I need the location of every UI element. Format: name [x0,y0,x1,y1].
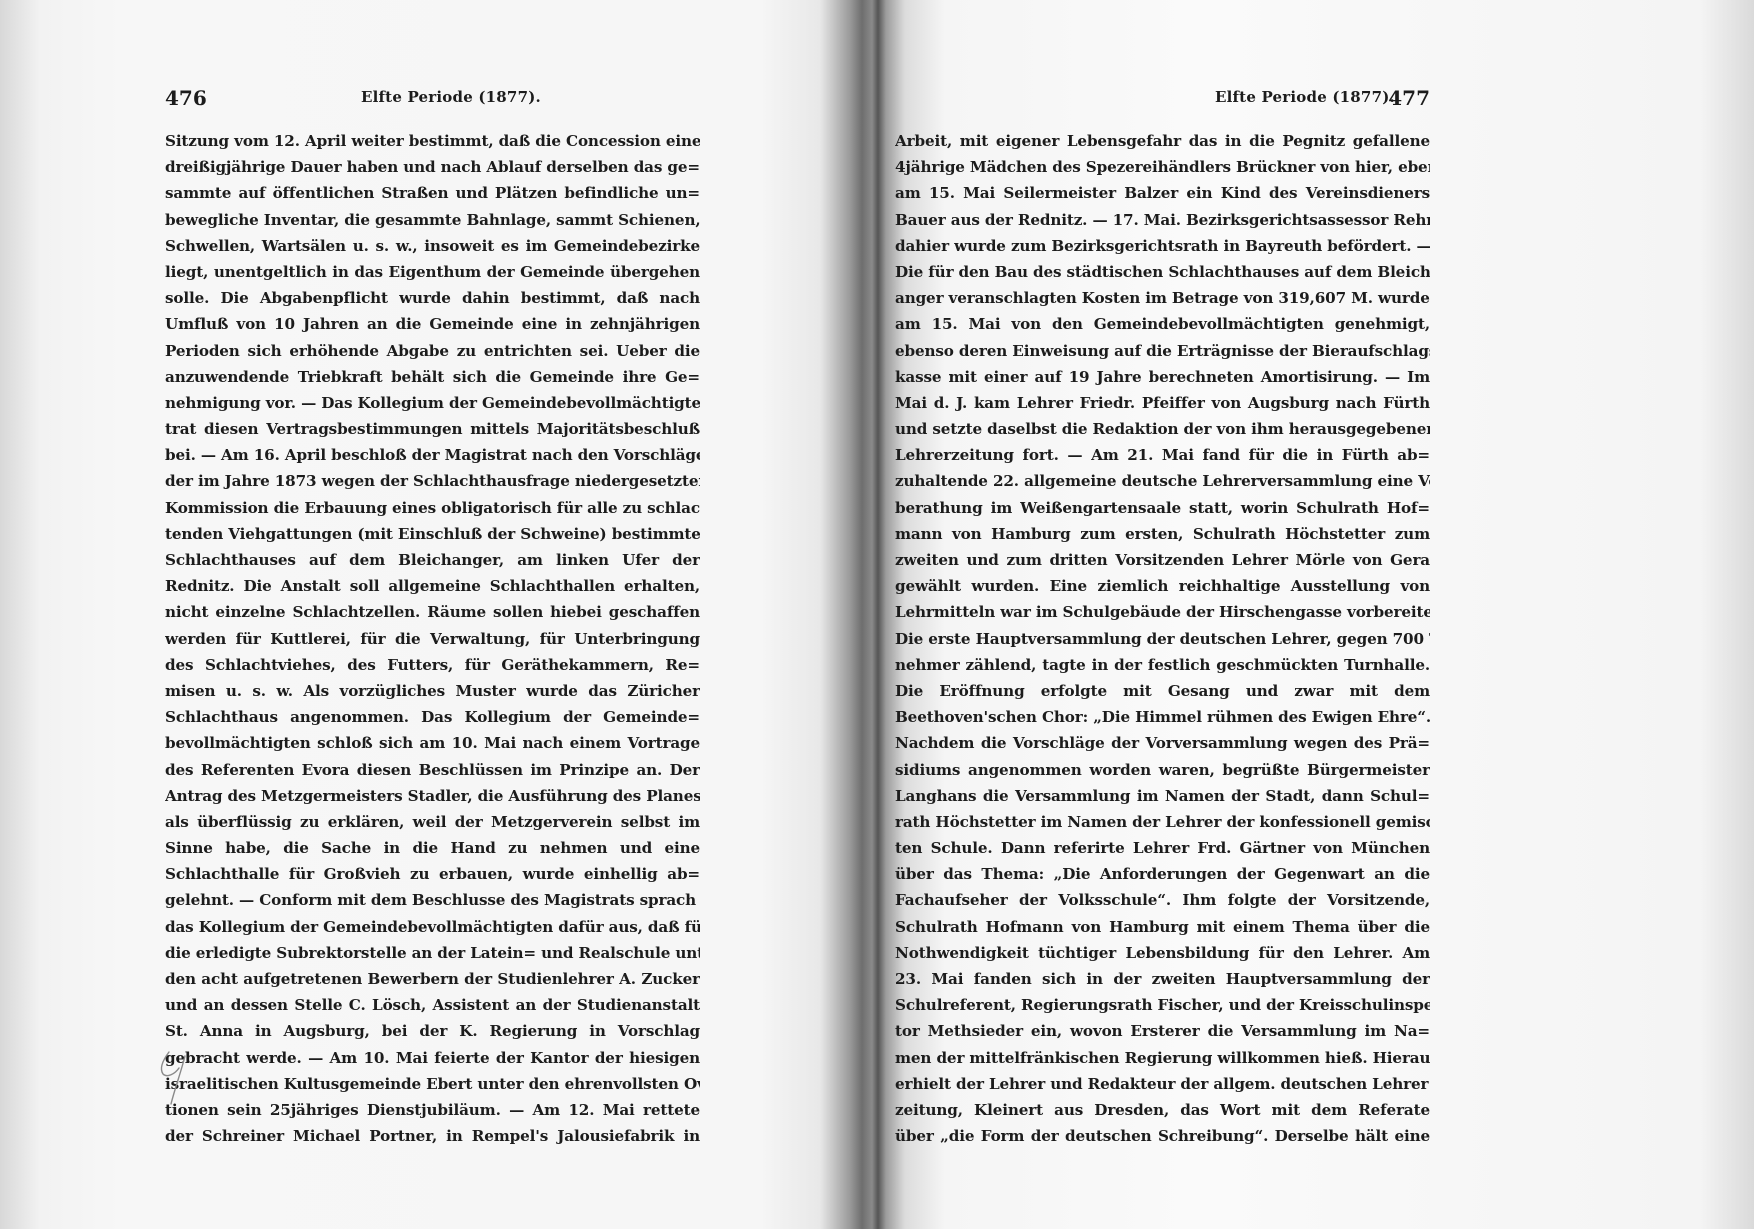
running-head-right: Elfte Periode (1877). 477 [895,86,1430,114]
text-line: die erledigte Subrektorstelle an der Lat… [165,940,700,966]
text-line: liegt, unentgeltlich in das Eigenthum de… [165,259,700,285]
text-line: Perioden sich erhöhende Abgabe zu entric… [165,338,700,364]
text-line: der Schreiner Michael Portner, in Rempel… [165,1123,700,1149]
running-head-left: 476 Elfte Periode (1877). [165,86,700,114]
text-line: zeitung, Kleinert aus Dresden, das Wort … [895,1097,1430,1123]
text-line: bevollmächtigten schloß sich am 10. Mai … [165,730,700,756]
text-line: Die Eröffnung erfolgte mit Gesang und zw… [895,678,1430,704]
text-line: kasse mit einer auf 19 Jahre berechneten… [895,364,1430,390]
running-title-left: Elfte Periode (1877). [361,88,541,106]
text-line: über „die Form der deutschen Schreibung“… [895,1123,1430,1149]
text-line: anzuwendende Triebkraft behält sich die … [165,364,700,390]
text-line: trat diesen Vertragsbestimmungen mittels… [165,416,700,442]
text-line: Antrag des Metzgermeisters Stadler, die … [165,783,700,809]
text-line: des Referenten Evora diesen Beschlüssen … [165,757,700,783]
text-line: nehmigung vor. — Das Kollegium der Gemei… [165,390,700,416]
text-line: St. Anna in Augsburg, bei der K. Regieru… [165,1018,700,1044]
text-line: Umfluß von 10 Jahren an die Gemeinde ein… [165,311,700,337]
pencil-margin-mark-icon [155,1048,195,1108]
text-line: den acht aufgetretenen Bewerbern der Stu… [165,966,700,992]
text-line: dahier wurde zum Bezirksgerichtsrath in … [895,233,1430,259]
text-line: bei. — Am 16. April beschloß der Magistr… [165,442,700,468]
text-line: erhielt der Lehrer und Redakteur der all… [895,1071,1430,1097]
text-line: 4jährige Mädchen des Spezereihändlers Br… [895,154,1430,180]
text-line: am 15. Mai Seilermeister Balzer ein Kind… [895,180,1430,206]
text-line: 23. Mai fanden sich in der zweiten Haupt… [895,966,1430,992]
text-line: bewegliche Inventar, die gesammte Bahnla… [165,207,700,233]
right-page-text: Arbeit, mit eigener Lebensgefahr das in … [895,128,1430,1149]
text-line: berathung im Weißengartensaale statt, wo… [895,495,1430,521]
page-number-left: 476 [165,86,207,110]
text-line: ten Schule. Dann referirte Lehrer Frd. G… [895,835,1430,861]
text-line: gebracht werde. — Am 10. Mai feierte der… [165,1045,700,1071]
text-line: dreißigjährige Dauer haben und nach Abla… [165,154,700,180]
text-line: Schulreferent, Regierungsrath Fischer, u… [895,992,1430,1018]
text-line: sammte auf öffentlichen Straßen und Plät… [165,180,700,206]
text-line: nehmer zählend, tagte in der festlich ge… [895,652,1430,678]
text-line: des Schlachtviehes, des Futters, für Ger… [165,652,700,678]
text-line: über das Thema: „Die Anforderungen der G… [895,861,1430,887]
text-line: als überflüssig zu erklären, weil der Me… [165,809,700,835]
text-line: zweiten und zum dritten Vorsitzenden Leh… [895,547,1430,573]
text-line: Nothwendigkeit tüchtiger Lebensbildung f… [895,940,1430,966]
text-line: Arbeit, mit eigener Lebensgefahr das in … [895,128,1430,154]
text-line: Schlachthaus angenommen. Das Kollegium d… [165,704,700,730]
text-line: und an dessen Stelle C. Lösch, Assistent… [165,992,700,1018]
text-line: Lehrmitteln war im Schulgebäude der Hirs… [895,599,1430,625]
text-line: Nachdem die Vorschläge der Vorversammlun… [895,730,1430,756]
text-line: rath Höchstetter im Namen der Lehrer der… [895,809,1430,835]
text-line: zuhaltende 22. allgemeine deutsche Lehre… [895,468,1430,494]
text-line: Schwellen, Wartsälen u. s. w., insoweit … [165,233,700,259]
text-line: tionen sein 25jähriges Dienstjubiläum. —… [165,1097,700,1123]
text-line: und setzte daselbst die Redaktion der vo… [895,416,1430,442]
text-line: am 15. Mai von den Gemeindebevollmächtig… [895,311,1430,337]
text-line: ebenso deren Einweisung auf die Erträgni… [895,338,1430,364]
text-line: Die für den Bau des städtischen Schlacht… [895,259,1430,285]
text-line: sidiums angenommen worden waren, begrüßt… [895,757,1430,783]
text-line: mann von Hamburg zum ersten, Schulrath H… [895,521,1430,547]
text-line: Bauer aus der Rednitz. — 17. Mai. Bezirk… [895,207,1430,233]
text-line: misen u. s. w. Als vorzügliches Muster w… [165,678,700,704]
text-line: Schlachthalle für Großvieh zu erbauen, w… [165,861,700,887]
text-line: men der mittelfränkischen Regierung will… [895,1045,1430,1071]
text-line: gelehnt. — Conform mit dem Beschlusse de… [165,887,700,913]
left-page-text: Sitzung vom 12. April weiter bestimmt, d… [165,128,700,1149]
text-line: Schulrath Hofmann von Hamburg mit einem … [895,914,1430,940]
text-line: Sitzung vom 12. April weiter bestimmt, d… [165,128,700,154]
text-line: das Kollegium der Gemeindebevollmächtigt… [165,914,700,940]
text-line: Mai d. J. kam Lehrer Friedr. Pfeiffer vo… [895,390,1430,416]
text-line: tenden Viehgattungen (mit Einschluß der … [165,521,700,547]
text-line: Beethoven'schen Chor: „Die Himmel rühmen… [895,704,1430,730]
text-line: tor Methsieder ein, wovon Ersterer die V… [895,1018,1430,1044]
text-line: gewählt wurden. Eine ziemlich reichhalti… [895,573,1430,599]
page-number-right: 477 [1388,86,1430,110]
text-line: werden für Kuttlerei, für die Verwaltung… [165,626,700,652]
text-line: nicht einzelne Schlachtzellen. Räume sol… [165,599,700,625]
right-page: Elfte Periode (1877). 477 Arbeit, mit ei… [895,0,1430,1229]
text-line: israelitischen Kultusgemeinde Ebert unte… [165,1071,700,1097]
text-line: der im Jahre 1873 wegen der Schlachthaus… [165,468,700,494]
text-line: Schlachthauses auf dem Bleichanger, am l… [165,547,700,573]
text-line: Kommission die Erbauung eines obligatori… [165,495,700,521]
text-line: Die erste Hauptversammlung der deutschen… [895,626,1430,652]
text-line: Fachaufseher der Volksschule“. Ihm folgt… [895,887,1430,913]
text-line: Langhans die Versammlung im Namen der St… [895,783,1430,809]
left-page: 476 Elfte Periode (1877). Sitzung vom 12… [165,0,700,1229]
text-line: solle. Die Abgabenpflicht wurde dahin be… [165,285,700,311]
text-line: anger veranschlagten Kosten im Betrage v… [895,285,1430,311]
book-spread: 476 Elfte Periode (1877). Sitzung vom 12… [0,0,1754,1229]
text-line: Rednitz. Die Anstalt soll allgemeine Sch… [165,573,700,599]
text-line: Lehrerzeitung fort. — Am 21. Mai fand fü… [895,442,1430,468]
running-title-right: Elfte Periode (1877). [1215,88,1395,106]
text-line: Sinne habe, die Sache in die Hand zu neh… [165,835,700,861]
